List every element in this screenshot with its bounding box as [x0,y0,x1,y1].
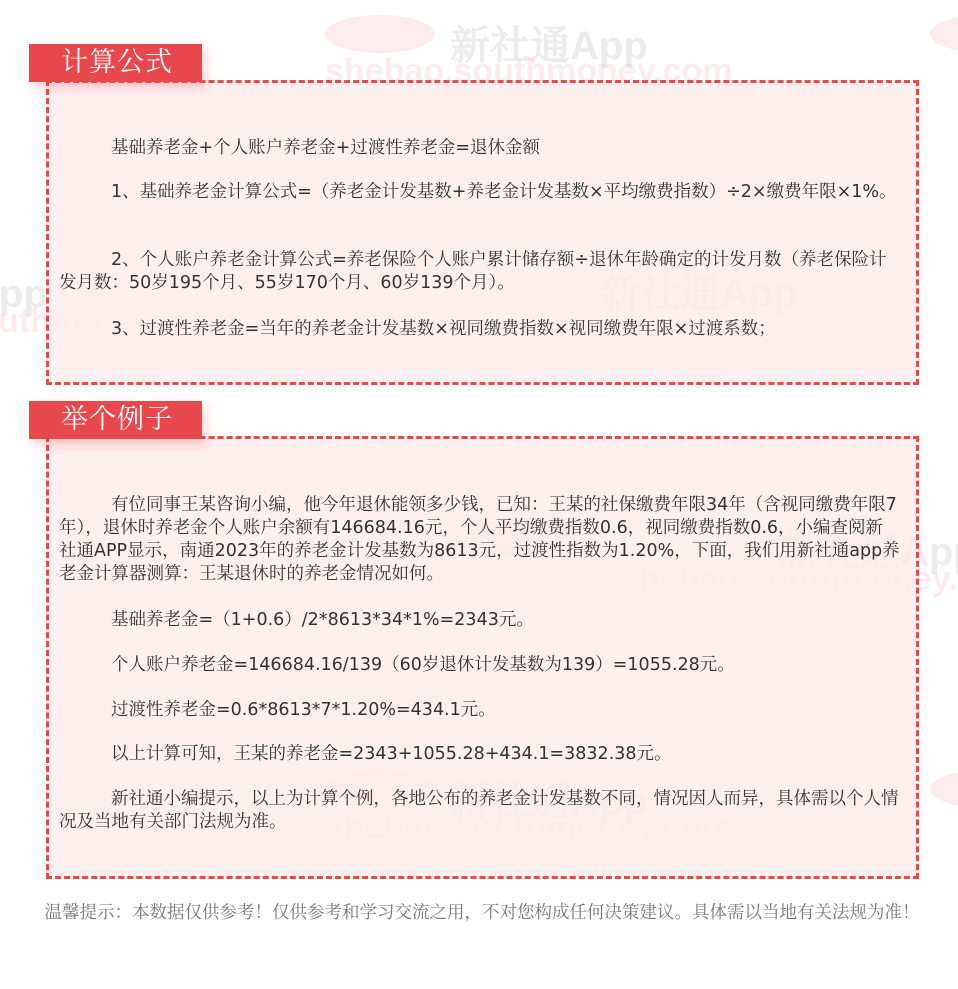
section-title-formula: 计算公式 [29,44,202,82]
formula-transition-text: 3、过渡性养老金=当年的养老金计发基数×视同缴费指数×视同缴费年限×过渡系数； [111,319,776,339]
watermark-brand: 新社通App [0,262,48,319]
example-personal-calc-text: 个人账户养老金=146684.16/139（60岁退休计发基数为139）=105… [111,655,735,675]
formula-personal: 2、个人账户养老金计算公式=养老保险个人账户累计储存额÷退休年龄确定的计发月数（… [59,249,900,295]
example-total: 以上计算可知，王某的养老金=2343+1055.28+434.1=3832.38… [59,743,900,766]
example-note: 新社通小编提示，以上为计算个例，各地公布的养老金计发基数不同，情况因人而异，具体… [59,788,900,834]
example-box: 有位同事王某咨询小编，他今年退休能领多少钱，已知：王某的社保缴费年限34年（含视… [46,436,919,879]
watermark-logo-icon [930,15,958,53]
formula-basic-text: 1、基础养老金计算公式=（养老金计发基数+养老金计发基数×平均缴费指数）÷2×缴… [111,182,897,202]
example-note-text: 新社通小编提示，以上为计算个例，各地公布的养老金计发基数不同，情况因人而异，具体… [59,789,899,832]
watermark-logo-icon [930,770,958,808]
example-intro: 有位同事王某咨询小编，他今年退休能领多少钱，已知：王某的社保缴费年限34年（含视… [59,494,900,586]
formula-summary-text: 基础养老金+个人账户养老金+过渡性养老金=退休金额 [111,138,540,158]
formula-box: 基础养老金+个人账户养老金+过渡性养老金=退休金额 1、基础养老金计算公式=（养… [46,80,919,385]
example-transition-calc-text: 过渡性养老金=0.6*8613*7*1.20%=434.1元。 [111,700,496,720]
formula-basic: 1、基础养老金计算公式=（养老金计发基数+养老金计发基数×平均缴费指数）÷2×缴… [59,181,900,204]
example-transition-calc: 过渡性养老金=0.6*8613*7*1.20%=434.1元。 [59,699,900,722]
disclaimer-notice: 温馨提示：本数据仅供参考！仅供参考和学习交流之用，不对您构成任何决策建议。具体需… [20,902,944,925]
example-basic-calc: 基础养老金=（1+0.6）/2*8613*34*1%=2343元。 [59,609,900,632]
watermark-brand: 新社通App [450,14,648,71]
example-personal-calc: 个人账户养老金=146684.16/139（60岁退休计发基数为139）=105… [59,654,900,677]
example-total-text: 以上计算可知，王某的养老金=2343+1055.28+434.1=3832.38… [111,744,672,764]
formula-personal-text: 2、个人账户养老金计算公式=养老保险个人账户累计储存额÷退休年龄确定的计发月数（… [59,250,886,293]
example-intro-text: 有位同事王某咨询小编，他今年退休能领多少钱，已知：王某的社保缴费年限34年（含视… [59,495,900,584]
formula-summary: 基础养老金+个人账户养老金+过渡性养老金=退休金额 [59,137,900,160]
watermark-logo-icon [325,15,435,53]
formula-transition: 3、过渡性养老金=当年的养老金计发基数×视同缴费指数×视同缴费年限×过渡系数； [59,318,900,341]
section-title-example: 举个例子 [29,401,202,439]
example-basic-calc-text: 基础养老金=（1+0.6）/2*8613*34*1%=2343元。 [111,610,534,630]
